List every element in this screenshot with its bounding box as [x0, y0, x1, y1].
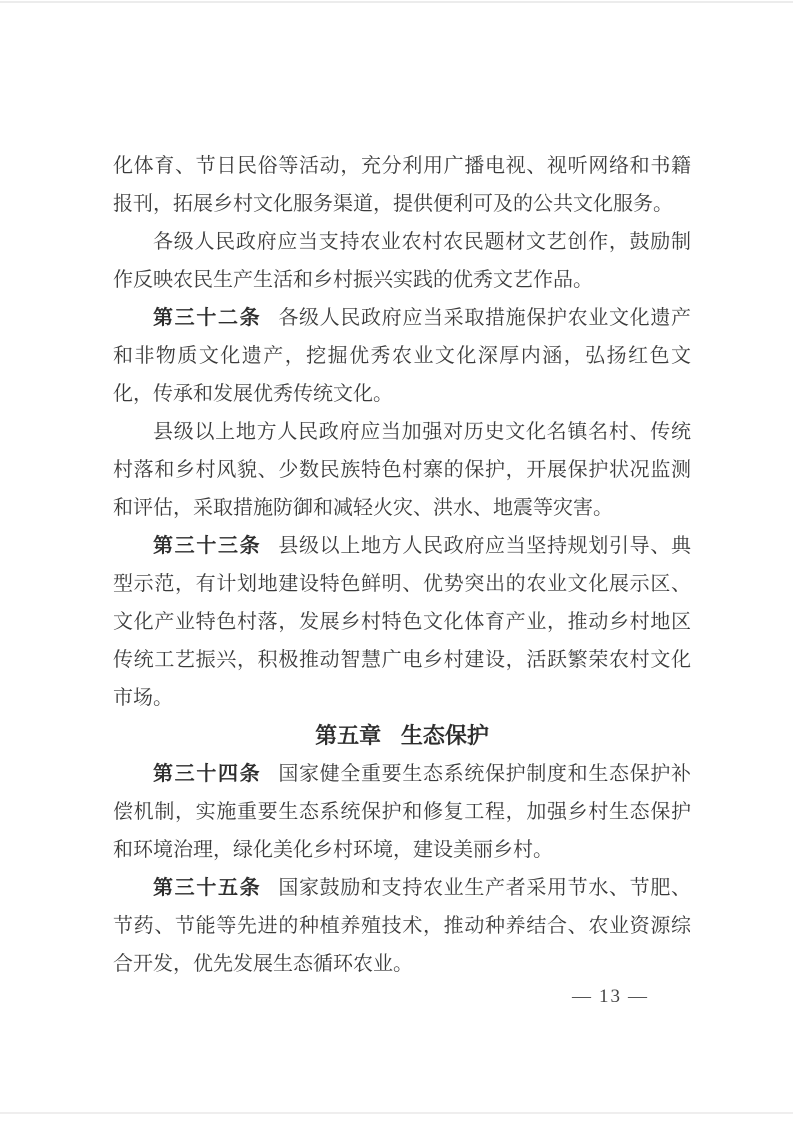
chapter-number: 第五章 — [315, 723, 381, 748]
paragraph: 化体育、节日民俗等活动，充分利用广播电视、视听网络和书籍报刊，拓展乡村文化服务渠… — [113, 147, 691, 223]
article-number: 第三十五条 — [153, 877, 261, 899]
article-paragraph: 第三十四条国家健全重要生态系统保护制度和生态保护补偿机制，实施重要生态系统保护和… — [113, 755, 691, 869]
paragraph-text: 县级以上地方人民政府应当坚持规划引导、典型示范，有计划地建设特色鲜明、优势突出的… — [113, 535, 691, 709]
article-number: 第三十三条 — [153, 535, 261, 557]
chapter-title: 生态保护 — [401, 723, 489, 748]
article-number: 第三十四条 — [153, 763, 261, 785]
article-paragraph: 第三十三条县级以上地方人民政府应当坚持规划引导、典型示范，有计划地建设特色鲜明、… — [113, 527, 691, 717]
footer-dash-left: — — [572, 982, 593, 1012]
paragraph-text: 县级以上地方人民政府应当加强对历史文化名镇名村、传统村落和乡村风貌、少数民族特色… — [113, 421, 691, 519]
footer-dash-right: — — [628, 982, 649, 1012]
chapter-heading: 第五章生态保护 — [113, 717, 691, 755]
paragraph: 各级人民政府应当支持农业农村农民题材文艺创作，鼓励制作反映农民生产生活和乡村振兴… — [113, 223, 691, 299]
paragraph-text: 化体育、节日民俗等活动，充分利用广播电视、视听网络和书籍报刊，拓展乡村文化服务渠… — [113, 155, 691, 215]
article-paragraph: 第三十五条国家鼓励和支持农业生产者采用节水、节肥、节药、节能等先进的种植养殖技术… — [113, 869, 691, 983]
page-bottom-edge-line — [0, 1112, 793, 1114]
document-page: 化体育、节日民俗等活动，充分利用广播电视、视听网络和书籍报刊，拓展乡村文化服务渠… — [0, 0, 793, 1122]
article-number: 第三十二条 — [153, 307, 261, 329]
page-top-edge-line — [0, 1, 793, 3]
document-text-block: 化体育、节日民俗等活动，充分利用广播电视、视听网络和书籍报刊，拓展乡村文化服务渠… — [113, 147, 691, 983]
paragraph: 县级以上地方人民政府应当加强对历史文化名镇名村、传统村落和乡村风貌、少数民族特色… — [113, 413, 691, 527]
paragraph-text: 各级人民政府应当支持农业农村农民题材文艺创作，鼓励制作反映农民生产生活和乡村振兴… — [113, 231, 691, 291]
article-paragraph: 第三十二条各级人民政府应当采取措施保护农业文化遗产和非物质文化遗产，挖掘优秀农业… — [113, 299, 691, 413]
page-number: —13— — [566, 982, 655, 1012]
footer-page-number: 13 — [599, 986, 622, 1007]
